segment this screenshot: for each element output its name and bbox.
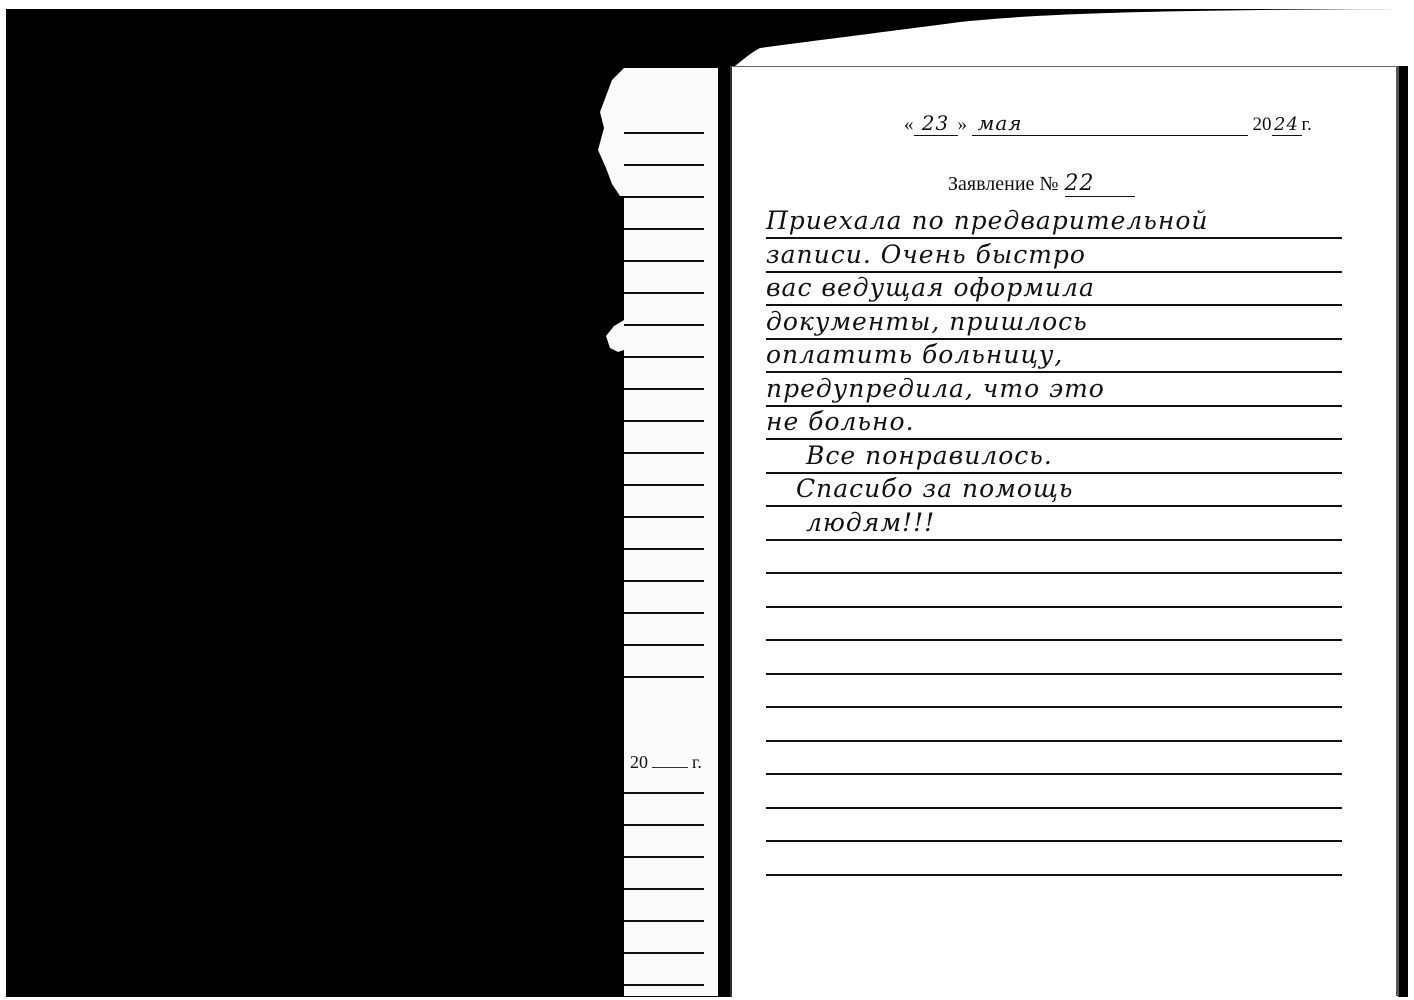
ruled-line [766, 840, 1342, 842]
page-edge [1396, 66, 1399, 996]
date-day: 23 [914, 111, 958, 136]
ruled-line [766, 606, 1342, 608]
statement-number: 22 [1065, 171, 1135, 197]
statement-title: Заявление №22 [948, 171, 1135, 197]
handwritten-line: вас ведущая оформила [766, 273, 1095, 302]
handwritten-line: Спасибо за помощь [796, 474, 1074, 503]
handwritten-line: записи. Очень быстро [766, 240, 1086, 269]
statement-page: «23» мая 2024г. Заявление №22 Приехала п… [730, 66, 1398, 997]
handwritten-line: предупредила, что это [766, 374, 1105, 403]
ruled-line [766, 874, 1342, 876]
ruled-line [766, 773, 1342, 775]
handwritten-line: оплатить больницу, [766, 340, 1063, 369]
handwritten-line: людям!!! [806, 508, 935, 537]
date-month: мая [972, 111, 1248, 136]
date-year: 24 [1272, 114, 1302, 136]
ruled-line [766, 639, 1342, 641]
date-field: «23» мая 2024г. [904, 111, 1312, 136]
left-page-fragment: 20г. [624, 68, 718, 996]
ruled-line [766, 706, 1342, 708]
book-spine-shadow [718, 68, 730, 996]
ruled-line [766, 539, 1342, 541]
ruled-line [766, 807, 1342, 809]
ruled-line [766, 673, 1342, 675]
handwritten-line: не больно. [766, 407, 915, 436]
ruled-line [766, 740, 1342, 742]
handwritten-line: Все понравилось. [806, 441, 1053, 470]
left-page-year-field: 20г. [630, 752, 702, 773]
handwritten-line: Приехала по предварительной [766, 206, 1209, 235]
ruled-line [766, 572, 1342, 574]
handwritten-line: документы, пришлось [766, 307, 1088, 336]
